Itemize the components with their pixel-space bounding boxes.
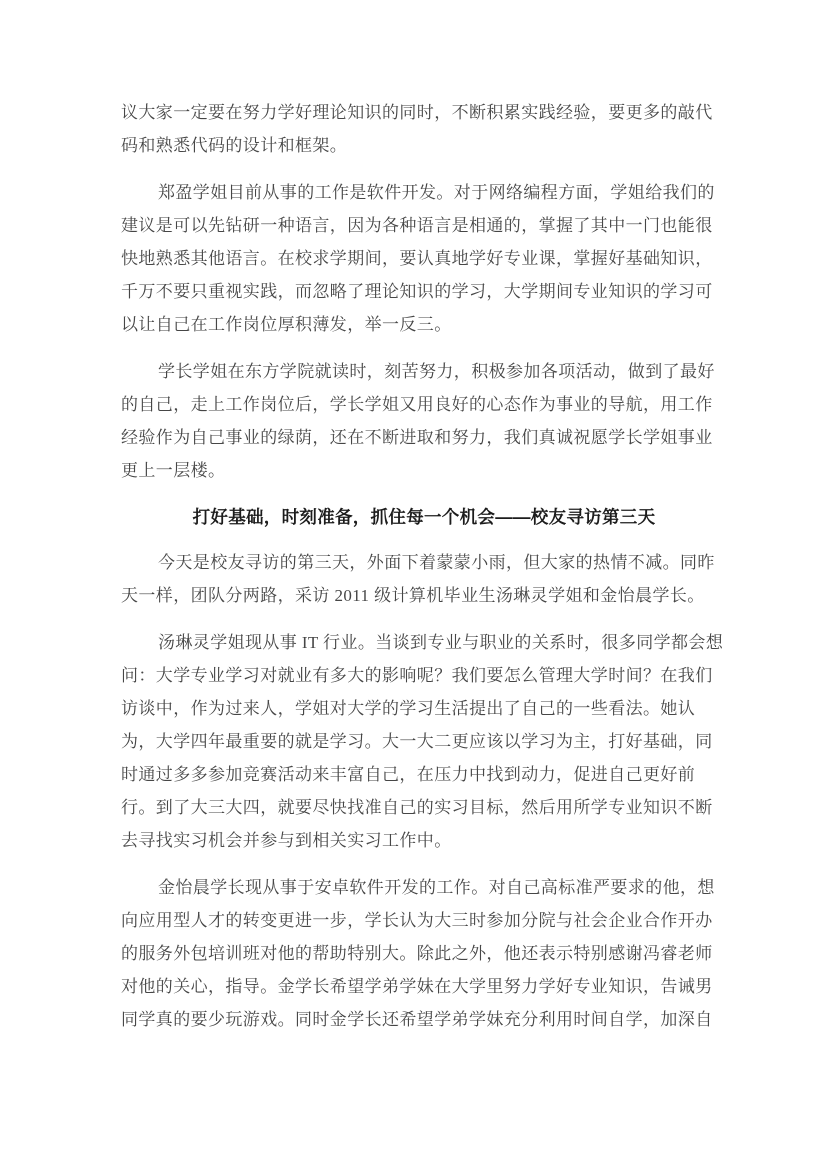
text-line: 议大家一定要在努力学好理论知识的同时，不断积累实践经验，要更多的敲代: [121, 96, 727, 129]
paragraph: 今天是校友寻访的第三天，外面下着蒙蒙小雨，但大家的热情不减。同昨天一样，团队分两…: [121, 546, 727, 612]
text-line: 的自己，走上工作岗位后，学长学姐又用良好的心态作为事业的导航，用工作: [121, 388, 727, 421]
text-line: 码和熟悉代码的设计和框架。: [121, 129, 727, 162]
text-line: 去寻找实习机会并参与到相关实习工作中。: [121, 824, 727, 857]
text-line: 问：大学专业学习对就业有多大的影响呢？我们要怎么管理大学时间？在我们: [121, 659, 727, 692]
paragraph: 金怡晨学长现从事于安卓软件开发的工作。对自己高标准严要求的他，想向应用型人才的转…: [121, 871, 727, 1036]
text-line: 行。到了大三大四，就要尽快找准自己的实习目标，然后用所学专业知识不断: [121, 791, 727, 824]
text-line: 经验作为自己事业的绿荫，还在不断进取和努力，我们真诚祝愿学长学姐事业: [121, 421, 727, 454]
text-line: 的服务外包培训班对他的帮助特别大。除此之外，他还表示特别感谢冯睿老师: [121, 937, 727, 970]
text-line: 访谈中，作为过来人，学姐对大学的学习生活提出了自己的一些看法。她认: [121, 692, 727, 725]
paragraph: 议大家一定要在努力学好理论知识的同时，不断积累实践经验，要更多的敲代码和熟悉代码…: [121, 96, 727, 162]
text-line: 郑盈学姐目前从事的工作是软件开发。对于网络编程方面，学姐给我们的: [121, 176, 727, 209]
text-line: 金怡晨学长现从事于安卓软件开发的工作。对自己高标准严要求的他，想: [121, 871, 727, 904]
document-page: 议大家一定要在努力学好理论知识的同时，不断积累实践经验，要更多的敲代码和熟悉代码…: [0, 0, 827, 1169]
text-line: 汤琳灵学姐现从事 IT 行业。当谈到专业与职业的关系时，很多同学都会想: [121, 626, 727, 659]
paragraph: 学长学姐在东方学院就读时，刻苦努力，积极参加各项活动，做到了最好的自己，走上工作…: [121, 355, 727, 487]
text-line: 时通过多多参加竞赛活动来丰富自己，在压力中找到动力，促进自己更好前: [121, 758, 727, 791]
text-line: 建议是可以先钻研一种语言，因为各种语言是相通的，掌握了其中一门也能很: [121, 209, 727, 242]
text-line: 更上一层楼。: [121, 454, 727, 487]
text-line: 天一样，团队分两路，采访 2011 级计算机毕业生汤琳灵学姐和金怡晨学长。: [121, 579, 727, 612]
text-line: 对他的关心，指导。金学长希望学弟学妹在大学里努力学好专业知识，告诫男: [121, 970, 727, 1003]
text-line: 千万不要只重视实践，而忽略了理论知识的学习，大学期间专业知识的学习可: [121, 275, 727, 308]
text-line: 学长学姐在东方学院就读时，刻苦努力，积极参加各项活动，做到了最好: [121, 355, 727, 388]
document-body: 议大家一定要在努力学好理论知识的同时，不断积累实践经验，要更多的敲代码和熟悉代码…: [121, 96, 727, 1050]
text-line: 今天是校友寻访的第三天，外面下着蒙蒙小雨，但大家的热情不减。同昨: [121, 546, 727, 579]
paragraph: 郑盈学姐目前从事的工作是软件开发。对于网络编程方面，学姐给我们的建议是可以先钻研…: [121, 176, 727, 341]
text-line: 向应用型人才的转变更进一步，学长认为大三时参加分院与社会企业合作开办: [121, 904, 727, 937]
section-heading: 打好基础，时刻准备，抓住每一个机会——校友寻访第三天: [121, 501, 727, 534]
text-line: 为，大学四年最重要的就是学习。大一大二更应该以学习为主，打好基础，同: [121, 725, 727, 758]
text-line: 快地熟悉其他语言。在校求学期间，要认真地学好专业课，掌握好基础知识，: [121, 242, 727, 275]
text-line: 同学真的要少玩游戏。同时金学长还希望学弟学妹充分利用时间自学，加深自: [121, 1003, 727, 1036]
text-line: 以让自己在工作岗位厚积薄发，举一反三。: [121, 308, 727, 341]
paragraph: 汤琳灵学姐现从事 IT 行业。当谈到专业与职业的关系时，很多同学都会想问：大学专…: [121, 626, 727, 857]
